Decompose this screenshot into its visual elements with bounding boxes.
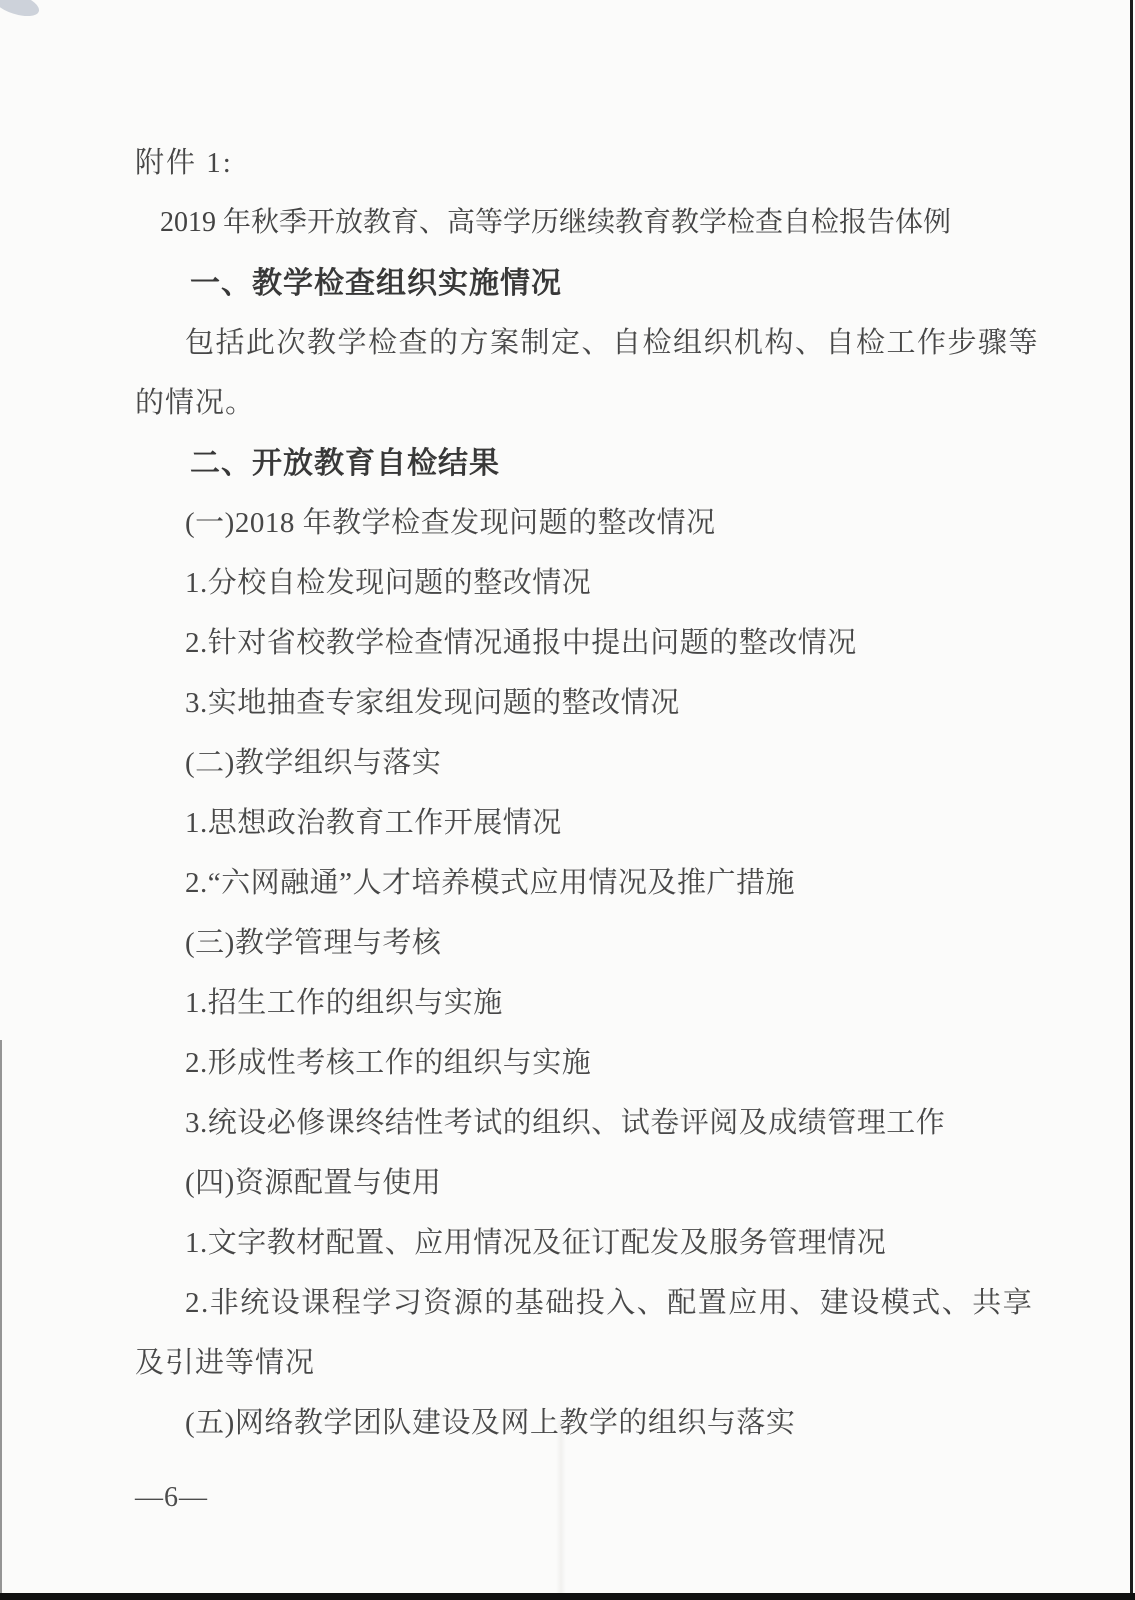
scan-edge-bottom [0,1593,1135,1600]
text-line: 一、教学检查组织实施情况 [190,250,1005,310]
text-line: (三)教学管理与考核 [185,910,1005,970]
text-line: 及引进等情况 [135,1330,1005,1390]
text-line: 3.实地抽查专家组发现问题的整改情况 [185,670,1005,730]
text-line: 2.针对省校教学检查情况通报中提出问题的整改情况 [185,610,1005,670]
text-line: (二)教学组织与落实 [185,730,1005,790]
scan-edge-left [0,1040,2,1593]
text-line: 1.招生工作的组织与实施 [185,970,1005,1030]
text-line: 1.思想政治教育工作开展情况 [185,790,1005,850]
text-line: 的情况。 [135,370,1005,430]
scanned-document-page: 附件 1:2019 年秋季开放教育、高等学历继续教育教学检查自检报告体例一、教学… [0,0,1135,1600]
page-number: —6— [135,1482,208,1514]
scan-edge-right [1130,0,1133,1600]
text-line: 附件 1: [135,130,1005,190]
text-line: 2.形成性考核工作的组织与实施 [185,1030,1005,1090]
text-line: (五)网络教学团队建设及网上教学的组织与落实 [185,1390,1005,1450]
text-line: (四)资源配置与使用 [185,1150,1005,1210]
text-line: 2.“六网融通”人才培养模式应用情况及推广措施 [185,850,1005,910]
text-line: 1.分校自检发现问题的整改情况 [185,550,1005,610]
text-line: 包括此次教学检查的方案制定、自检组织机构、自检工作步骤等 [185,310,1005,370]
text-line: 2019 年秋季开放教育、高等学历继续教育教学检查自检报告体例 [160,190,1005,250]
text-line: 3.统设必修课终结性考试的组织、试卷评阅及成绩管理工作 [185,1090,1005,1150]
document-lines: 附件 1:2019 年秋季开放教育、高等学历继续教育教学检查自检报告体例一、教学… [135,130,1005,1450]
text-line: (一)2018 年教学检查发现问题的整改情况 [185,490,1005,550]
text-line: 2.非统设课程学习资源的基础投入、配置应用、建设模式、共享 [185,1270,1005,1330]
scan-corner-smudge [0,0,42,21]
text-line: 1.文字教材配置、应用情况及征订配发及服务管理情况 [185,1210,1005,1270]
text-line: 二、开放教育自检结果 [190,430,1005,490]
